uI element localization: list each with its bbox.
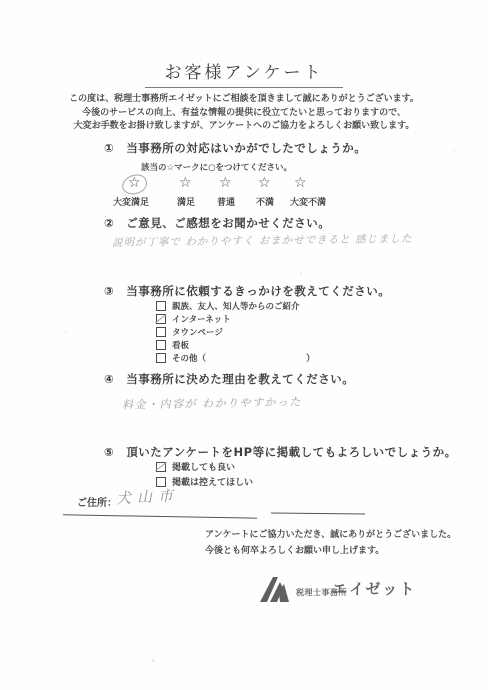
star-icon-very-dissatisfied: ☆ <box>294 175 307 191</box>
question-5: ⑤頂いたアンケートをHP等に掲載してもよろしいでしょうか。 <box>104 444 457 460</box>
company-name: エイゼット <box>332 578 416 599</box>
star-label-dissatisfied: 不満 <box>256 195 274 208</box>
question-4-number: ④ <box>104 372 114 386</box>
question-5-number: ⑤ <box>104 445 114 459</box>
question-3-number: ③ <box>104 284 114 298</box>
checkbox-icon <box>156 340 166 350</box>
address-underline <box>63 514 257 518</box>
checkbox-label: 掲載は控えてほしい <box>172 475 253 488</box>
address-underline-2 <box>271 513 365 515</box>
checkbox-label: タウンページ <box>172 326 223 338</box>
star-label-very-satisfied: 大変満足 <box>113 195 149 208</box>
intro-line-1: この度は、税理士事務所エイゼットにご相談を頂きまして誠にありがとうございます。 <box>0 93 488 107</box>
checkbox-icon <box>156 353 166 363</box>
q3-option-townpage: タウンページ <box>156 326 223 338</box>
handwritten-answer-q2: 説明が丁寧で わかりやすく おまかせできると 感じました <box>112 231 413 250</box>
handwritten-answer-q4: 料金・内容が わかりやすかった <box>122 393 302 412</box>
footer-thanks-line-1: アンケートにご協力いただき、誠にありがとうございました。 <box>205 527 456 540</box>
checkbox-icon <box>156 462 166 472</box>
question-1: ①当事務所の対応はいかがでしたでしょうか。 <box>104 140 366 156</box>
checkbox-icon <box>156 327 166 337</box>
page-title-text: お客様アンケート <box>145 58 344 88</box>
address-label: ご住所： <box>77 494 117 509</box>
star-label-neutral: 普通 <box>217 195 235 208</box>
question-2-number: ② <box>104 216 114 230</box>
checkbox-label: 掲載しても良い <box>172 460 235 473</box>
page-title: お客様アンケート <box>0 58 488 88</box>
scanned-survey-page: お客様アンケート この度は、税理士事務所エイゼットにご相談を頂きまして誠にありが… <box>0 0 488 690</box>
checkbox-label: 看板 <box>172 339 189 351</box>
intro-line-2: 今後のサービスの向上、有益な情報の提供に役立てたいと思っておりますので、 <box>0 107 488 121</box>
q3-option-referral: 親族、友人、知人等からのご紹介 <box>156 300 300 312</box>
scan-speck <box>152 659 155 662</box>
other-close-paren: ） <box>306 351 315 364</box>
star-label-satisfied: 満足 <box>177 195 195 208</box>
company-logo-icon <box>258 574 292 610</box>
intro-line-3: 大変お手数をお掛け致しますが、アンケートへのご協力をよろしくお願い致します。 <box>0 120 488 134</box>
q5-option-ok-to-publish: 掲載しても良い <box>156 460 235 473</box>
checkbox-label: インターネット <box>172 313 231 325</box>
q3-option-signboard: 看板 <box>156 339 189 351</box>
question-1-number: ① <box>104 141 114 155</box>
star-icon-neutral: ☆ <box>219 175 232 191</box>
checkbox-icon <box>156 314 166 324</box>
question-4: ④当事務所に決めた理由を教えてください。 <box>104 371 354 387</box>
star-label-very-dissatisfied: 大変不満 <box>290 195 326 208</box>
footer-thanks-line-2: 今後とも何卒よろしくお願い申し上げます。 <box>205 543 384 556</box>
scan-speck <box>300 272 302 274</box>
checkbox-icon <box>156 301 166 311</box>
scan-speck <box>452 150 455 152</box>
question-3-text: 当事務所に依頼するきっかけを教えてください。 <box>126 284 390 298</box>
star-icon-very-satisfied: ☆ <box>128 175 141 191</box>
scan-speck <box>64 331 67 333</box>
question-2-text: ご意見、ご感想をお聞かせください。 <box>126 216 330 230</box>
star-icon-satisfied: ☆ <box>179 175 192 191</box>
question-2: ②ご意見、ご感想をお聞かせください。 <box>104 215 330 231</box>
question-3: ③当事務所に依頼するきっかけを教えてください。 <box>104 283 390 299</box>
question-1-text: 当事務所の対応はいかがでしたでしょうか。 <box>126 141 366 155</box>
question-5-text: 頂いたアンケートをHP等に掲載してもよろしいでしょうか。 <box>126 445 456 459</box>
question-4-text: 当事務所に決めた理由を教えてください。 <box>126 372 354 386</box>
question-1-instruction: 該当の☆マークに○をつけてください。 <box>141 161 292 173</box>
intro-paragraph: この度は、税理士事務所エイゼットにご相談を頂きまして誠にありがとうございます。 … <box>0 93 488 134</box>
handwritten-address: 犬山市 <box>115 484 179 508</box>
checkbox-label: その他（ <box>172 352 206 364</box>
star-icon-dissatisfied: ☆ <box>258 175 271 191</box>
q3-option-internet: インターネット <box>156 313 231 325</box>
q3-option-other: その他（ ） <box>156 352 206 364</box>
checkbox-label: 親族、友人、知人等からのご紹介 <box>172 300 300 312</box>
